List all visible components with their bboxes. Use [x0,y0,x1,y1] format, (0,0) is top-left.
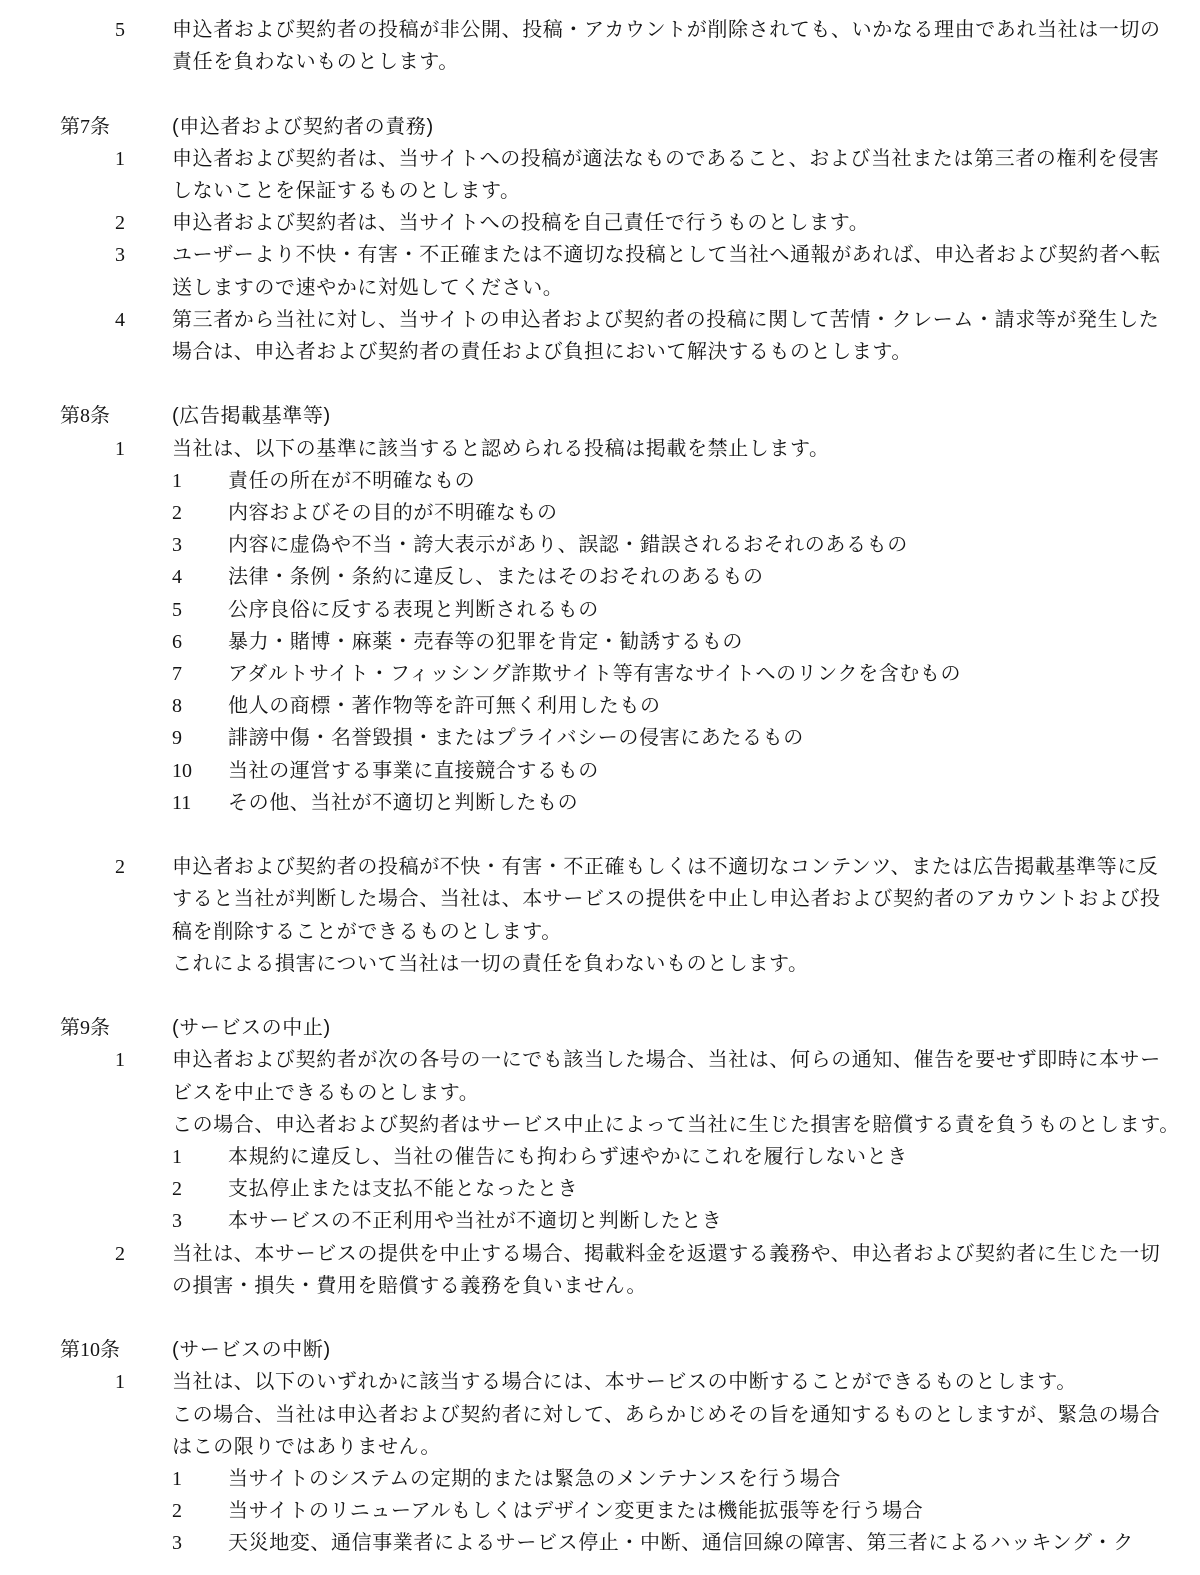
text-line: 当社の運営する事業に直接競合するもの [228,755,1144,787]
sub-clause-item: 5公序良俗に反する表現と判断されるもの [60,594,1144,626]
item-number: 5 [115,14,172,46]
clause-item: 1当社は、以下の基準に該当すると認められる投稿は掲載を禁止します。 [60,433,1144,465]
item-number: 9 [172,722,228,754]
article-title: (申込者および契約者の責務) [172,111,1144,143]
text-line: その他、当社が不適切と判断したもの [228,787,1144,819]
text-line: 本規約に違反し、当社の催告にも拘わらず速やかにこれを履行しないとき [228,1141,1144,1173]
text-line: はこの限りではありません。 [172,1431,1144,1463]
clause-item: 4第三者から当社に対し、当サイトの申込者および契約者の投稿に関して苦情・クレーム… [60,304,1144,368]
article-number: 第10条 [60,1334,172,1366]
article-number: 第9条 [60,1012,172,1044]
article-heading: 第9条(サービスの中止) [60,1012,1144,1044]
text-line: 本サービスの不正利用や当社が不適切と判断したとき [228,1205,1144,1237]
text-line: 申込者および契約者の投稿が不快・有害・不正確もしくは不適切なコンテンツ、または広… [172,851,1144,883]
item-number: 2 [172,497,228,529]
text-line: 法律・条例・条約に違反し、またはそのおそれのあるもの [228,561,1144,593]
item-number: 1 [115,433,172,465]
clause-item: 2申込者および契約者は、当サイトへの投稿を自己責任で行うものとします。 [60,207,1144,239]
clause-item: 2当社は、本サービスの提供を中止する場合、掲載料金を返還する義務や、申込者および… [60,1238,1144,1302]
article-title: (広告掲載基準等) [172,400,1144,432]
item-text: 法律・条例・条約に違反し、またはそのおそれのあるもの [228,561,1144,593]
blank-line [60,1302,1144,1334]
item-number: 3 [172,1205,228,1237]
item-number: 4 [115,304,172,336]
item-text: 当社は、以下の基準に該当すると認められる投稿は掲載を禁止します。 [172,433,1144,465]
article-heading: 第8条(広告掲載基準等) [60,400,1144,432]
item-text: 第三者から当社に対し、当サイトの申込者および契約者の投稿に関して苦情・クレーム・… [172,304,1144,368]
text-line: この場合、申込者および契約者はサービス中止によって当社に生じた損害を賠償する責を… [172,1109,1144,1141]
text-line: すると当社が判断した場合、当社は、本サービスの提供を中止し申込者および契約者のア… [172,883,1144,915]
item-number: 8 [172,690,228,722]
item-text: 暴力・賭博・麻薬・売春等の犯罪を肯定・勧誘するもの [228,626,1144,658]
text-line: 稿を削除することができるものとします。 [172,916,1144,948]
text-line: 責任の所在が不明確なもの [228,465,1144,497]
sub-clause-item: 1責任の所在が不明確なもの [60,465,1144,497]
text-line: 当社は、以下の基準に該当すると認められる投稿は掲載を禁止します。 [172,433,1144,465]
item-number: 2 [115,851,172,883]
text-line: 申込者および契約者の投稿が非公開、投稿・アカウントが削除されても、いかなる理由で… [172,14,1144,46]
sub-clause-item: 11その他、当社が不適切と判断したもの [60,787,1144,819]
text-line: 内容に虚偽や不当・誇大表示があり、誤認・錯誤されるおそれのあるもの [228,529,1144,561]
item-text: 申込者および契約者の投稿が不快・有害・不正確もしくは不適切なコンテンツ、または広… [172,851,1144,980]
article-title-text: (サービスの中断) [172,1334,1144,1366]
sub-clause-item: 1本規約に違反し、当社の催告にも拘わらず速やかにこれを履行しないとき [60,1141,1144,1173]
item-text: 本サービスの不正利用や当社が不適切と判断したとき [228,1205,1144,1237]
text-line: 暴力・賭博・麻薬・売春等の犯罪を肯定・勧誘するもの [228,626,1144,658]
article-title: (サービスの中断) [172,1334,1144,1366]
item-number: 2 [115,207,172,239]
item-text: 申込者および契約者は、当サイトへの投稿が適法なものであること、および当社または第… [172,143,1144,207]
item-number: 1 [115,1044,172,1076]
article-title-text: (広告掲載基準等) [172,400,1144,432]
item-text: 申込者および契約者は、当サイトへの投稿を自己責任で行うものとします。 [172,207,1144,239]
item-number: 3 [115,239,172,271]
article-title: (サービスの中止) [172,1012,1144,1044]
item-number: 5 [172,594,228,626]
text-line: 申込者および契約者が次の各号の一にでも該当した場合、当社は、何らの通知、催告を要… [172,1044,1144,1076]
item-text: その他、当社が不適切と判断したもの [228,787,1144,819]
item-text: 申込者および契約者の投稿が非公開、投稿・アカウントが削除されても、いかなる理由で… [172,14,1144,78]
item-number: 1 [115,143,172,175]
article-number: 第7条 [60,111,172,143]
terms-document: 5申込者および契約者の投稿が非公開、投稿・アカウントが削除されても、いかなる理由… [0,0,1200,1560]
item-text: 内容に虚偽や不当・誇大表示があり、誤認・錯誤されるおそれのあるもの [228,529,1144,561]
text-line: 当社は、本サービスの提供を中止する場合、掲載料金を返還する義務や、申込者および契… [172,1238,1144,1270]
item-number: 2 [115,1238,172,1270]
clause-item: 1申込者および契約者は、当サイトへの投稿が適法なものであること、および当社または… [60,143,1144,207]
article-title-text: (サービスの中止) [172,1012,1144,1044]
text-line: 申込者および契約者は、当サイトへの投稿が適法なものであること、および当社または第… [172,143,1144,175]
blank-line [60,78,1144,110]
text-line: 天災地変、通信事業者によるサービス停止・中断、通信回線の障害、第三者によるハッキ… [228,1527,1144,1559]
clause-item: 5申込者および契約者の投稿が非公開、投稿・アカウントが削除されても、いかなる理由… [60,14,1144,78]
text-line: ユーザーより不快・有害・不正確または不適切な投稿として当社へ通報があれば、申込者… [172,239,1144,271]
item-text: 当社の運営する事業に直接競合するもの [228,755,1144,787]
sub-clause-item: 3内容に虚偽や不当・誇大表示があり、誤認・錯誤されるおそれのあるもの [60,529,1144,561]
item-text: 天災地変、通信事業者によるサービス停止・中断、通信回線の障害、第三者によるハッキ… [228,1527,1144,1559]
item-text: 他人の商標・著作物等を許可無く利用したもの [228,690,1144,722]
text-line: ビスを中止できるものとします。 [172,1077,1144,1109]
item-number: 1 [172,1141,228,1173]
item-text: 内容およびその目的が不明確なもの [228,497,1144,529]
text-line: 責任を負わないものとします。 [172,46,1144,78]
sub-clause-item: 2当サイトのリニューアルもしくはデザイン変更または機能拡張等を行う場合 [60,1495,1144,1527]
item-text: 支払停止または支払不能となったとき [228,1173,1144,1205]
text-line: しないことを保証するものとします。 [172,175,1144,207]
sub-clause-item: 2内容およびその目的が不明確なもの [60,497,1144,529]
text-line: アダルトサイト・フィッシング詐欺サイト等有害なサイトへのリンクを含むもの [228,658,1144,690]
clause-item: 1当社は、以下のいずれかに該当する場合には、本サービスの中断することができるもの… [60,1366,1144,1463]
text-line: 他人の商標・著作物等を許可無く利用したもの [228,690,1144,722]
text-line: 公序良俗に反する表現と判断されるもの [228,594,1144,626]
sub-clause-item: 8他人の商標・著作物等を許可無く利用したもの [60,690,1144,722]
item-number: 3 [172,529,228,561]
sub-clause-item: 2支払停止または支払不能となったとき [60,1173,1144,1205]
item-text: 当サイトのリニューアルもしくはデザイン変更または機能拡張等を行う場合 [228,1495,1144,1527]
item-number: 1 [115,1366,172,1398]
text-line: 誹謗中傷・名誉毀損・またはプライバシーの侵害にあたるもの [228,722,1144,754]
item-number: 2 [172,1495,228,1527]
item-number: 11 [172,787,228,819]
blank-line [60,368,1144,400]
blank-line [60,980,1144,1012]
sub-clause-item: 3本サービスの不正利用や当社が不適切と判断したとき [60,1205,1144,1237]
sub-clause-item: 7アダルトサイト・フィッシング詐欺サイト等有害なサイトへのリンクを含むもの [60,658,1144,690]
sub-clause-item: 3天災地変、通信事業者によるサービス停止・中断、通信回線の障害、第三者によるハッ… [60,1527,1144,1559]
item-text: アダルトサイト・フィッシング詐欺サイト等有害なサイトへのリンクを含むもの [228,658,1144,690]
item-text: 当サイトのシステムの定期的または緊急のメンテナンスを行う場合 [228,1463,1144,1495]
item-number: 1 [172,1463,228,1495]
blank-line [60,819,1144,851]
article-number: 第8条 [60,400,172,432]
clause-item: 3ユーザーより不快・有害・不正確または不適切な投稿として当社へ通報があれば、申込… [60,239,1144,303]
article-heading: 第7条(申込者および契約者の責務) [60,111,1144,143]
item-number: 1 [172,465,228,497]
text-line: 支払停止または支払不能となったとき [228,1173,1144,1205]
text-line: 場合は、申込者および契約者の責任および負担において解決するものとします。 [172,336,1144,368]
text-line: これによる損害について当社は一切の責任を負わないものとします。 [172,948,1144,980]
article-title-text: (申込者および契約者の責務) [172,111,1144,143]
item-number: 3 [172,1527,228,1559]
item-number: 7 [172,658,228,690]
text-line: 当サイトのシステムの定期的または緊急のメンテナンスを行う場合 [228,1463,1144,1495]
clause-item: 2申込者および契約者の投稿が不快・有害・不正確もしくは不適切なコンテンツ、または… [60,851,1144,980]
item-text: 申込者および契約者が次の各号の一にでも該当した場合、当社は、何らの通知、催告を要… [172,1044,1144,1141]
sub-clause-item: 6暴力・賭博・麻薬・売春等の犯罪を肯定・勧誘するもの [60,626,1144,658]
sub-clause-item: 4法律・条例・条約に違反し、またはそのおそれのあるもの [60,561,1144,593]
item-number: 2 [172,1173,228,1205]
item-number: 4 [172,561,228,593]
clause-item: 1申込者および契約者が次の各号の一にでも該当した場合、当社は、何らの通知、催告を… [60,1044,1144,1141]
text-line: の損害・損失・費用を賠償する義務を負いません。 [172,1270,1144,1302]
item-number: 6 [172,626,228,658]
sub-clause-item: 10当社の運営する事業に直接競合するもの [60,755,1144,787]
text-line: 当サイトのリニューアルもしくはデザイン変更または機能拡張等を行う場合 [228,1495,1144,1527]
item-text: 誹謗中傷・名誉毀損・またはプライバシーの侵害にあたるもの [228,722,1144,754]
sub-clause-item: 9誹謗中傷・名誉毀損・またはプライバシーの侵害にあたるもの [60,722,1144,754]
item-text: 本規約に違反し、当社の催告にも拘わらず速やかにこれを履行しないとき [228,1141,1144,1173]
text-line: 第三者から当社に対し、当サイトの申込者および契約者の投稿に関して苦情・クレーム・… [172,304,1144,336]
text-line: 当社は、以下のいずれかに該当する場合には、本サービスの中断することができるものと… [172,1366,1144,1398]
text-line: 申込者および契約者は、当サイトへの投稿を自己責任で行うものとします。 [172,207,1144,239]
item-text: 当社は、以下のいずれかに該当する場合には、本サービスの中断することができるものと… [172,1366,1144,1463]
item-text: 責任の所在が不明確なもの [228,465,1144,497]
item-text: 当社は、本サービスの提供を中止する場合、掲載料金を返還する義務や、申込者および契… [172,1238,1144,1302]
sub-clause-item: 1当サイトのシステムの定期的または緊急のメンテナンスを行う場合 [60,1463,1144,1495]
article-heading: 第10条(サービスの中断) [60,1334,1144,1366]
text-line: 内容およびその目的が不明確なもの [228,497,1144,529]
text-line: 送しますので速やかに対処してください。 [172,272,1144,304]
item-text: 公序良俗に反する表現と判断されるもの [228,594,1144,626]
text-line: この場合、当社は申込者および契約者に対して、あらかじめその旨を通知するものとしま… [172,1399,1144,1431]
item-number: 10 [172,755,228,787]
item-text: ユーザーより不快・有害・不正確または不適切な投稿として当社へ通報があれば、申込者… [172,239,1144,303]
